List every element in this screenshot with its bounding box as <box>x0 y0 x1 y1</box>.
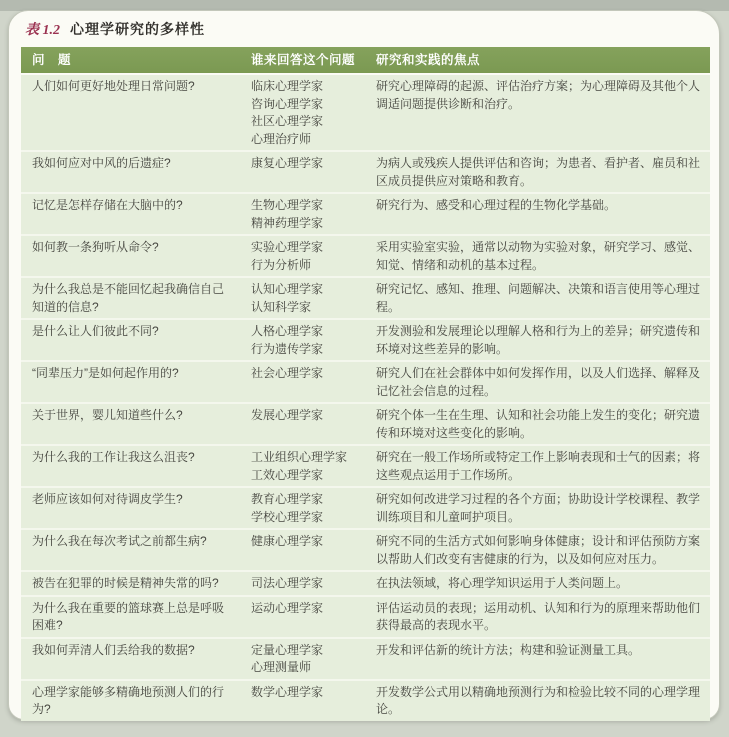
question-cell: 人们如何更好地处理日常问题? <box>21 75 240 150</box>
experts-cell: 定量心理学家心理测量师 <box>240 639 365 679</box>
expert-name: 数学心理学家 <box>251 684 355 702</box>
focus-cell: 采用实验室实验，通常以动物为实验对象，研究学习、感觉、知觉、情绪和动机的基本过程… <box>365 236 710 276</box>
focus-cell: 开发数学公式用以精确地预测行为和检验比较不同的心理学理论。 <box>365 681 710 721</box>
table-row: 为什么我在重要的篮球赛上总是呼吸困难?运动心理学家评估运动员的表现；运用动机、认… <box>21 597 710 639</box>
expert-name: 定量心理学家 <box>251 642 355 660</box>
question-cell: 为什么我的工作让我这么沮丧? <box>21 446 240 486</box>
table-row: 为什么我在每次考试之前都生病?健康心理学家研究不同的生活方式如何影响身体健康；设… <box>21 530 710 572</box>
focus-cell: 研究不同的生活方式如何影响身体健康；设计和评估预防方案以帮助人们改变有害健康的行… <box>365 530 710 570</box>
question-cell: 是什么让人们彼此不同? <box>21 320 240 360</box>
focus-cell: 研究行为、感受和心理过程的生物化学基础。 <box>365 194 710 234</box>
table-row: 心理学家能够多精确地预测人们的行为?数学心理学家开发数学公式用以精确地预测行为和… <box>21 681 710 721</box>
expert-name: 发展心理学家 <box>251 407 355 425</box>
expert-name: 认知心理学家 <box>251 281 355 299</box>
expert-name: 工效心理学家 <box>251 467 355 485</box>
experts-cell: 实验心理学家行为分析师 <box>240 236 365 276</box>
experts-cell: 工业组织心理学家工效心理学家 <box>240 446 365 486</box>
focus-cell: 开发测验和发展理论以理解人格和行为上的差异；研究遗传和环境对这些差异的影响。 <box>365 320 710 360</box>
table-row: 人们如何更好地处理日常问题?临床心理学家咨询心理学家社区心理学家心理治疗师研究心… <box>21 75 710 152</box>
experts-cell: 教育心理学家学校心理学家 <box>240 488 365 528</box>
table-row: 如何教一条狗听从命令?实验心理学家行为分析师采用实验室实验，通常以动物为实验对象… <box>21 236 710 278</box>
focus-cell: 在执法领域，将心理学知识运用于人类问题上。 <box>365 572 710 595</box>
scanned-page: 表 1.2心理学研究的多样性 问 题 谁来回答这个问题 研究和实践的焦点 人们如… <box>0 0 729 737</box>
table-row: 我如何弄清人们丢给我的数据?定量心理学家心理测量师开发和评估新的统计方法；构建和… <box>21 639 710 681</box>
question-cell: “同辈压力”是如何起作用的? <box>21 362 240 402</box>
expert-name: 健康心理学家 <box>251 533 355 551</box>
experts-cell: 发展心理学家 <box>240 404 365 444</box>
expert-name: 咨询心理学家 <box>251 96 355 114</box>
table-row: 为什么我总是不能回忆起我确信自己知道的信息?认知心理学家认知科学家研究记忆、感知… <box>21 278 710 320</box>
experts-cell: 社会心理学家 <box>240 362 365 402</box>
question-cell: 为什么我在每次考试之前都生病? <box>21 530 240 570</box>
psychology-table: 问 题 谁来回答这个问题 研究和实践的焦点 人们如何更好地处理日常问题?临床心理… <box>21 47 710 721</box>
experts-cell: 生物心理学家精神药理学家 <box>240 194 365 234</box>
header-question: 问 题 <box>21 47 240 73</box>
expert-name: 社区心理学家 <box>251 113 355 131</box>
expert-name: 学校心理学家 <box>251 509 355 527</box>
expert-name: 实验心理学家 <box>251 239 355 257</box>
experts-cell: 康复心理学家 <box>240 152 365 192</box>
focus-cell: 研究人们在社会群体中如何发挥作用，以及人们选择、解释及记忆社会信息的过程。 <box>365 362 710 402</box>
focus-cell: 开发和评估新的统计方法；构建和验证测量工具。 <box>365 639 710 679</box>
page-card: 表 1.2心理学研究的多样性 问 题 谁来回答这个问题 研究和实践的焦点 人们如… <box>8 10 720 720</box>
expert-name: 行为遗传学家 <box>251 341 355 359</box>
experts-cell: 临床心理学家咨询心理学家社区心理学家心理治疗师 <box>240 75 365 150</box>
expert-name: 人格心理学家 <box>251 323 355 341</box>
table-title: 表 1.2心理学研究的多样性 <box>25 20 719 40</box>
question-cell: 老师应该如何对待调皮学生? <box>21 488 240 528</box>
expert-name: 运动心理学家 <box>251 600 355 618</box>
question-cell: 被告在犯罪的时候是精神失常的吗? <box>21 572 240 595</box>
focus-cell: 研究在一般工作场所或特定工作上影响表现和士气的因素；将这些观点运用于工作场所。 <box>365 446 710 486</box>
experts-cell: 健康心理学家 <box>240 530 365 570</box>
table-row: 记忆是怎样存储在大脑中的?生物心理学家精神药理学家研究行为、感受和心理过程的生物… <box>21 194 710 236</box>
question-cell: 我如何应对中风的后遗症? <box>21 152 240 192</box>
focus-cell: 为病人或残疾人提供评估和咨询；为患者、看护者、雇员和社区成员提供应对策略和教育。 <box>365 152 710 192</box>
table-row: 被告在犯罪的时候是精神失常的吗?司法心理学家在执法领域，将心理学知识运用于人类问… <box>21 572 710 597</box>
table-title-text: 心理学研究的多样性 <box>70 21 205 37</box>
table-number-label: 表 1.2 <box>25 23 60 38</box>
table-row: 为什么我的工作让我这么沮丧?工业组织心理学家工效心理学家研究在一般工作场所或特定… <box>21 446 710 488</box>
table-body: 人们如何更好地处理日常问题?临床心理学家咨询心理学家社区心理学家心理治疗师研究心… <box>21 75 710 721</box>
expert-name: 行为分析师 <box>251 257 355 275</box>
experts-cell: 运动心理学家 <box>240 597 365 637</box>
question-cell: 关于世界，婴儿知道些什么? <box>21 404 240 444</box>
expert-name: 心理治疗师 <box>251 131 355 149</box>
expert-name: 教育心理学家 <box>251 491 355 509</box>
table-row: 关于世界，婴儿知道些什么?发展心理学家研究个体一生在生理、认知和社会功能上发生的… <box>21 404 710 446</box>
expert-name: 精神药理学家 <box>251 215 355 233</box>
experts-cell: 数学心理学家 <box>240 681 365 721</box>
expert-name: 心理测量师 <box>251 659 355 677</box>
table-row: 我如何应对中风的后遗症?康复心理学家为病人或残疾人提供评估和咨询；为患者、看护者… <box>21 152 710 194</box>
focus-cell: 研究个体一生在生理、认知和社会功能上发生的变化；研究遗传和环境对这些变化的影响。 <box>365 404 710 444</box>
expert-name: 生物心理学家 <box>251 197 355 215</box>
question-cell: 如何教一条狗听从命令? <box>21 236 240 276</box>
question-cell: 记忆是怎样存储在大脑中的? <box>21 194 240 234</box>
focus-cell: 研究记忆、感知、推理、问题解决、决策和语言使用等心理过程。 <box>365 278 710 318</box>
expert-name: 认知科学家 <box>251 299 355 317</box>
question-cell: 为什么我总是不能回忆起我确信自己知道的信息? <box>21 278 240 318</box>
expert-name: 康复心理学家 <box>251 155 355 173</box>
table-row: “同辈压力”是如何起作用的?社会心理学家研究人们在社会群体中如何发挥作用，以及人… <box>21 362 710 404</box>
question-cell: 为什么我在重要的篮球赛上总是呼吸困难? <box>21 597 240 637</box>
focus-cell: 评估运动员的表现；运用动机、认知和行为的原理来帮助他们获得最高的表现水平。 <box>365 597 710 637</box>
expert-name: 司法心理学家 <box>251 575 355 593</box>
focus-cell: 研究心理障碍的起源、评估治疗方案；为心理障碍及其他个人调适问题提供诊断和治疗。 <box>365 75 710 150</box>
experts-cell: 司法心理学家 <box>240 572 365 595</box>
question-cell: 我如何弄清人们丢给我的数据? <box>21 639 240 679</box>
table-row: 老师应该如何对待调皮学生?教育心理学家学校心理学家研究如何改进学习过程的各个方面… <box>21 488 710 530</box>
focus-cell: 研究如何改进学习过程的各个方面；协助设计学校课程、教学训练项目和儿童呵护项目。 <box>365 488 710 528</box>
experts-cell: 认知心理学家认知科学家 <box>240 278 365 318</box>
header-research-focus: 研究和实践的焦点 <box>365 47 710 73</box>
table-header-row: 问 题 谁来回答这个问题 研究和实践的焦点 <box>21 47 710 73</box>
experts-cell: 人格心理学家行为遗传学家 <box>240 320 365 360</box>
question-cell: 心理学家能够多精确地预测人们的行为? <box>21 681 240 721</box>
table-row: 是什么让人们彼此不同?人格心理学家行为遗传学家开发测验和发展理论以理解人格和行为… <box>21 320 710 362</box>
expert-name: 社会心理学家 <box>251 365 355 383</box>
expert-name: 临床心理学家 <box>251 78 355 96</box>
header-who-answers: 谁来回答这个问题 <box>240 47 365 73</box>
expert-name: 工业组织心理学家 <box>251 449 355 467</box>
